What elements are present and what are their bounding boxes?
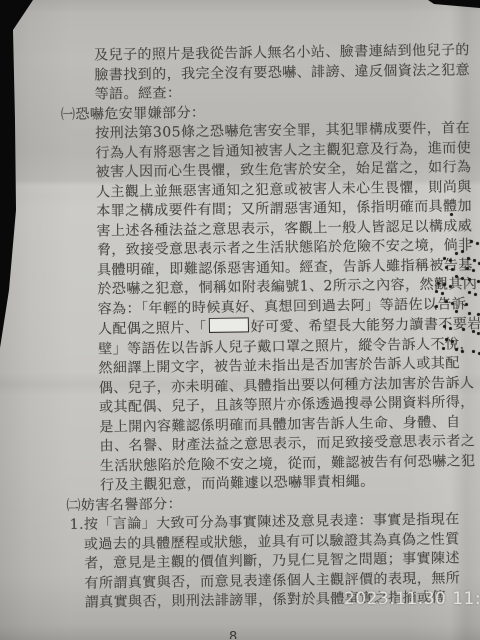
photo-frame: 及兒子的照片是我從告訴人無名小站、臉書連結到他兒子的臉書找到的，我完全沒有要恐嚇… (0, 0, 480, 640)
camera-timestamp: 2023.11.30 11:46 (344, 589, 480, 609)
document-text: 及兒子的照片是我從告訴人無名小站、臉書連結到他兒子的臉書找到的，我完全沒有要恐嚇… (60, 41, 468, 613)
page-number-partial: 8 (229, 630, 239, 639)
redaction-box (208, 317, 248, 333)
